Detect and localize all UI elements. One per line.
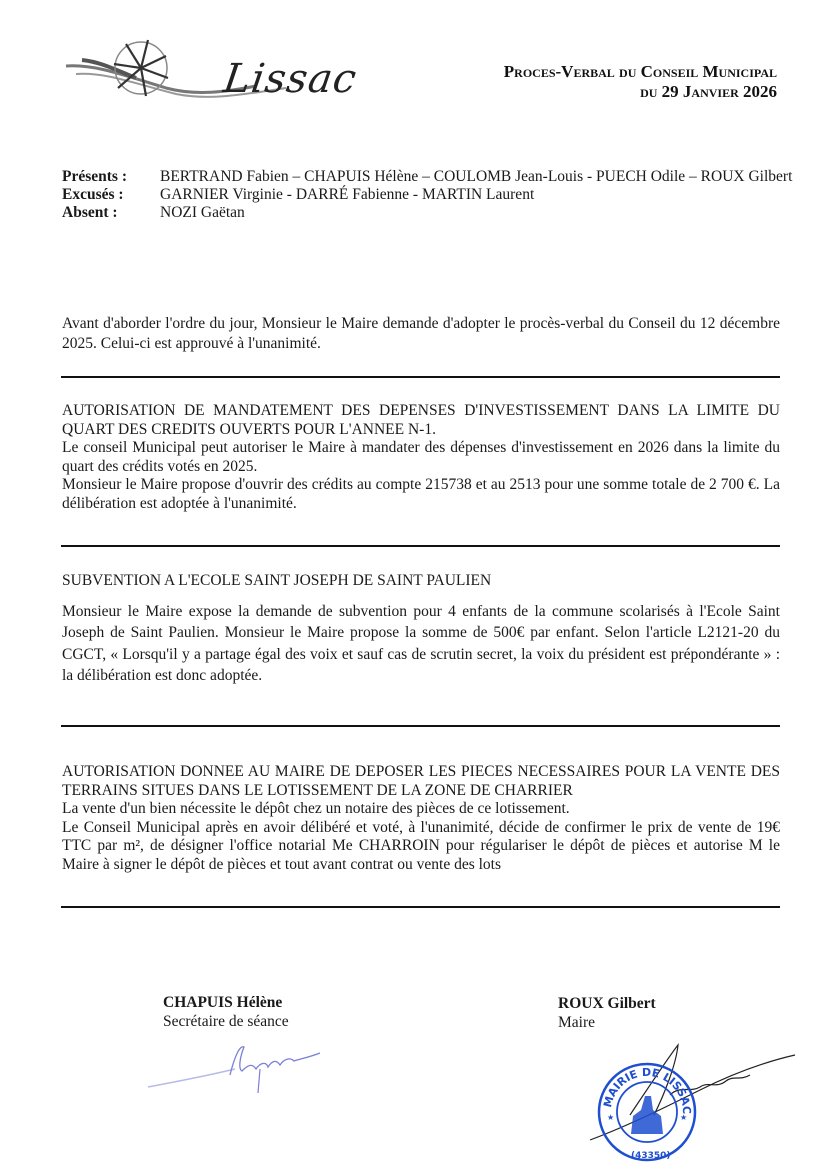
- divider: [61, 545, 780, 547]
- divider: [61, 725, 780, 727]
- mayor-name: ROUX Gilbert: [558, 994, 656, 1013]
- present-label: Présents :: [62, 168, 160, 185]
- svg-text:★: ★: [680, 1113, 687, 1122]
- secretary-role: Secrétaire de séance: [163, 1012, 289, 1031]
- present-row: Présents : BERTRAND Fabien – CHAPUIS Hél…: [62, 168, 800, 185]
- svg-text:(43350): (43350): [631, 1151, 671, 1161]
- title-line-1: Proces-Verbal du Conseil Municipal: [504, 62, 777, 82]
- absent-value: NOZI Gaëtan: [160, 204, 800, 221]
- excused-row: Excusés : GARNIER Virginie - DARRÉ Fabie…: [62, 186, 800, 203]
- section-body: La vente d'un bien nécessite le dépôt ch…: [62, 800, 780, 819]
- section-title: SUBVENTION A L'ECOLE SAINT JOSEPH DE SAI…: [62, 572, 780, 591]
- logo-text: Lissac: [221, 56, 360, 102]
- present-value: BERTRAND Fabien – CHAPUIS Hélène – COULO…: [160, 168, 800, 185]
- mayor-signature-block: ROUX Gilbert Maire: [558, 994, 656, 1032]
- svg-text:★: ★: [607, 1113, 614, 1122]
- excused-label: Excusés :: [62, 186, 160, 203]
- divider: [61, 376, 780, 378]
- section-title: AUTORISATION DONNEE AU MAIRE DE DEPOSER …: [62, 763, 780, 800]
- section-body: Monsieur le Maire propose d'ouvrir des c…: [62, 476, 780, 513]
- attendance-list: Présents : BERTRAND Fabien – CHAPUIS Hél…: [62, 168, 800, 221]
- secretary-signature-block: CHAPUIS Hélène Secrétaire de séance: [163, 993, 289, 1031]
- excused-value: GARNIER Virginie - DARRÉ Fabienne - MART…: [160, 186, 800, 203]
- section-body: Le conseil Municipal peut autoriser le M…: [62, 439, 780, 476]
- section-terrains: AUTORISATION DONNEE AU MAIRE DE DEPOSER …: [62, 763, 780, 874]
- title-line-2: du 29 Janvier 2026: [504, 82, 777, 102]
- divider: [61, 906, 780, 908]
- section-body: Le Conseil Municipal après en avoir déli…: [62, 819, 780, 875]
- secretary-handwritten-signature: [140, 1035, 340, 1095]
- lissac-logo: Lissac: [56, 26, 296, 106]
- town-hall-stamp: MAIRIE DE LISSAC ★ ★ (43350): [595, 1060, 699, 1164]
- section-body: Monsieur le Maire expose la demande de s…: [62, 601, 780, 687]
- section-investment: AUTORISATION DE MANDATEMENT DES DEPENSES…: [62, 402, 780, 513]
- section-title: AUTORISATION DE MANDATEMENT DES DEPENSES…: [62, 402, 780, 439]
- intro-paragraph: Avant d'aborder l'ordre du jour, Monsieu…: [62, 314, 780, 354]
- absent-label: Absent :: [62, 204, 160, 221]
- document-title: Proces-Verbal du Conseil Municipal du 29…: [504, 62, 777, 102]
- section-subvention: SUBVENTION A L'ECOLE SAINT JOSEPH DE SAI…: [62, 572, 780, 687]
- secretary-name: CHAPUIS Hélène: [163, 993, 289, 1012]
- mayor-role: Maire: [558, 1013, 656, 1032]
- absent-row: Absent : NOZI Gaëtan: [62, 204, 800, 221]
